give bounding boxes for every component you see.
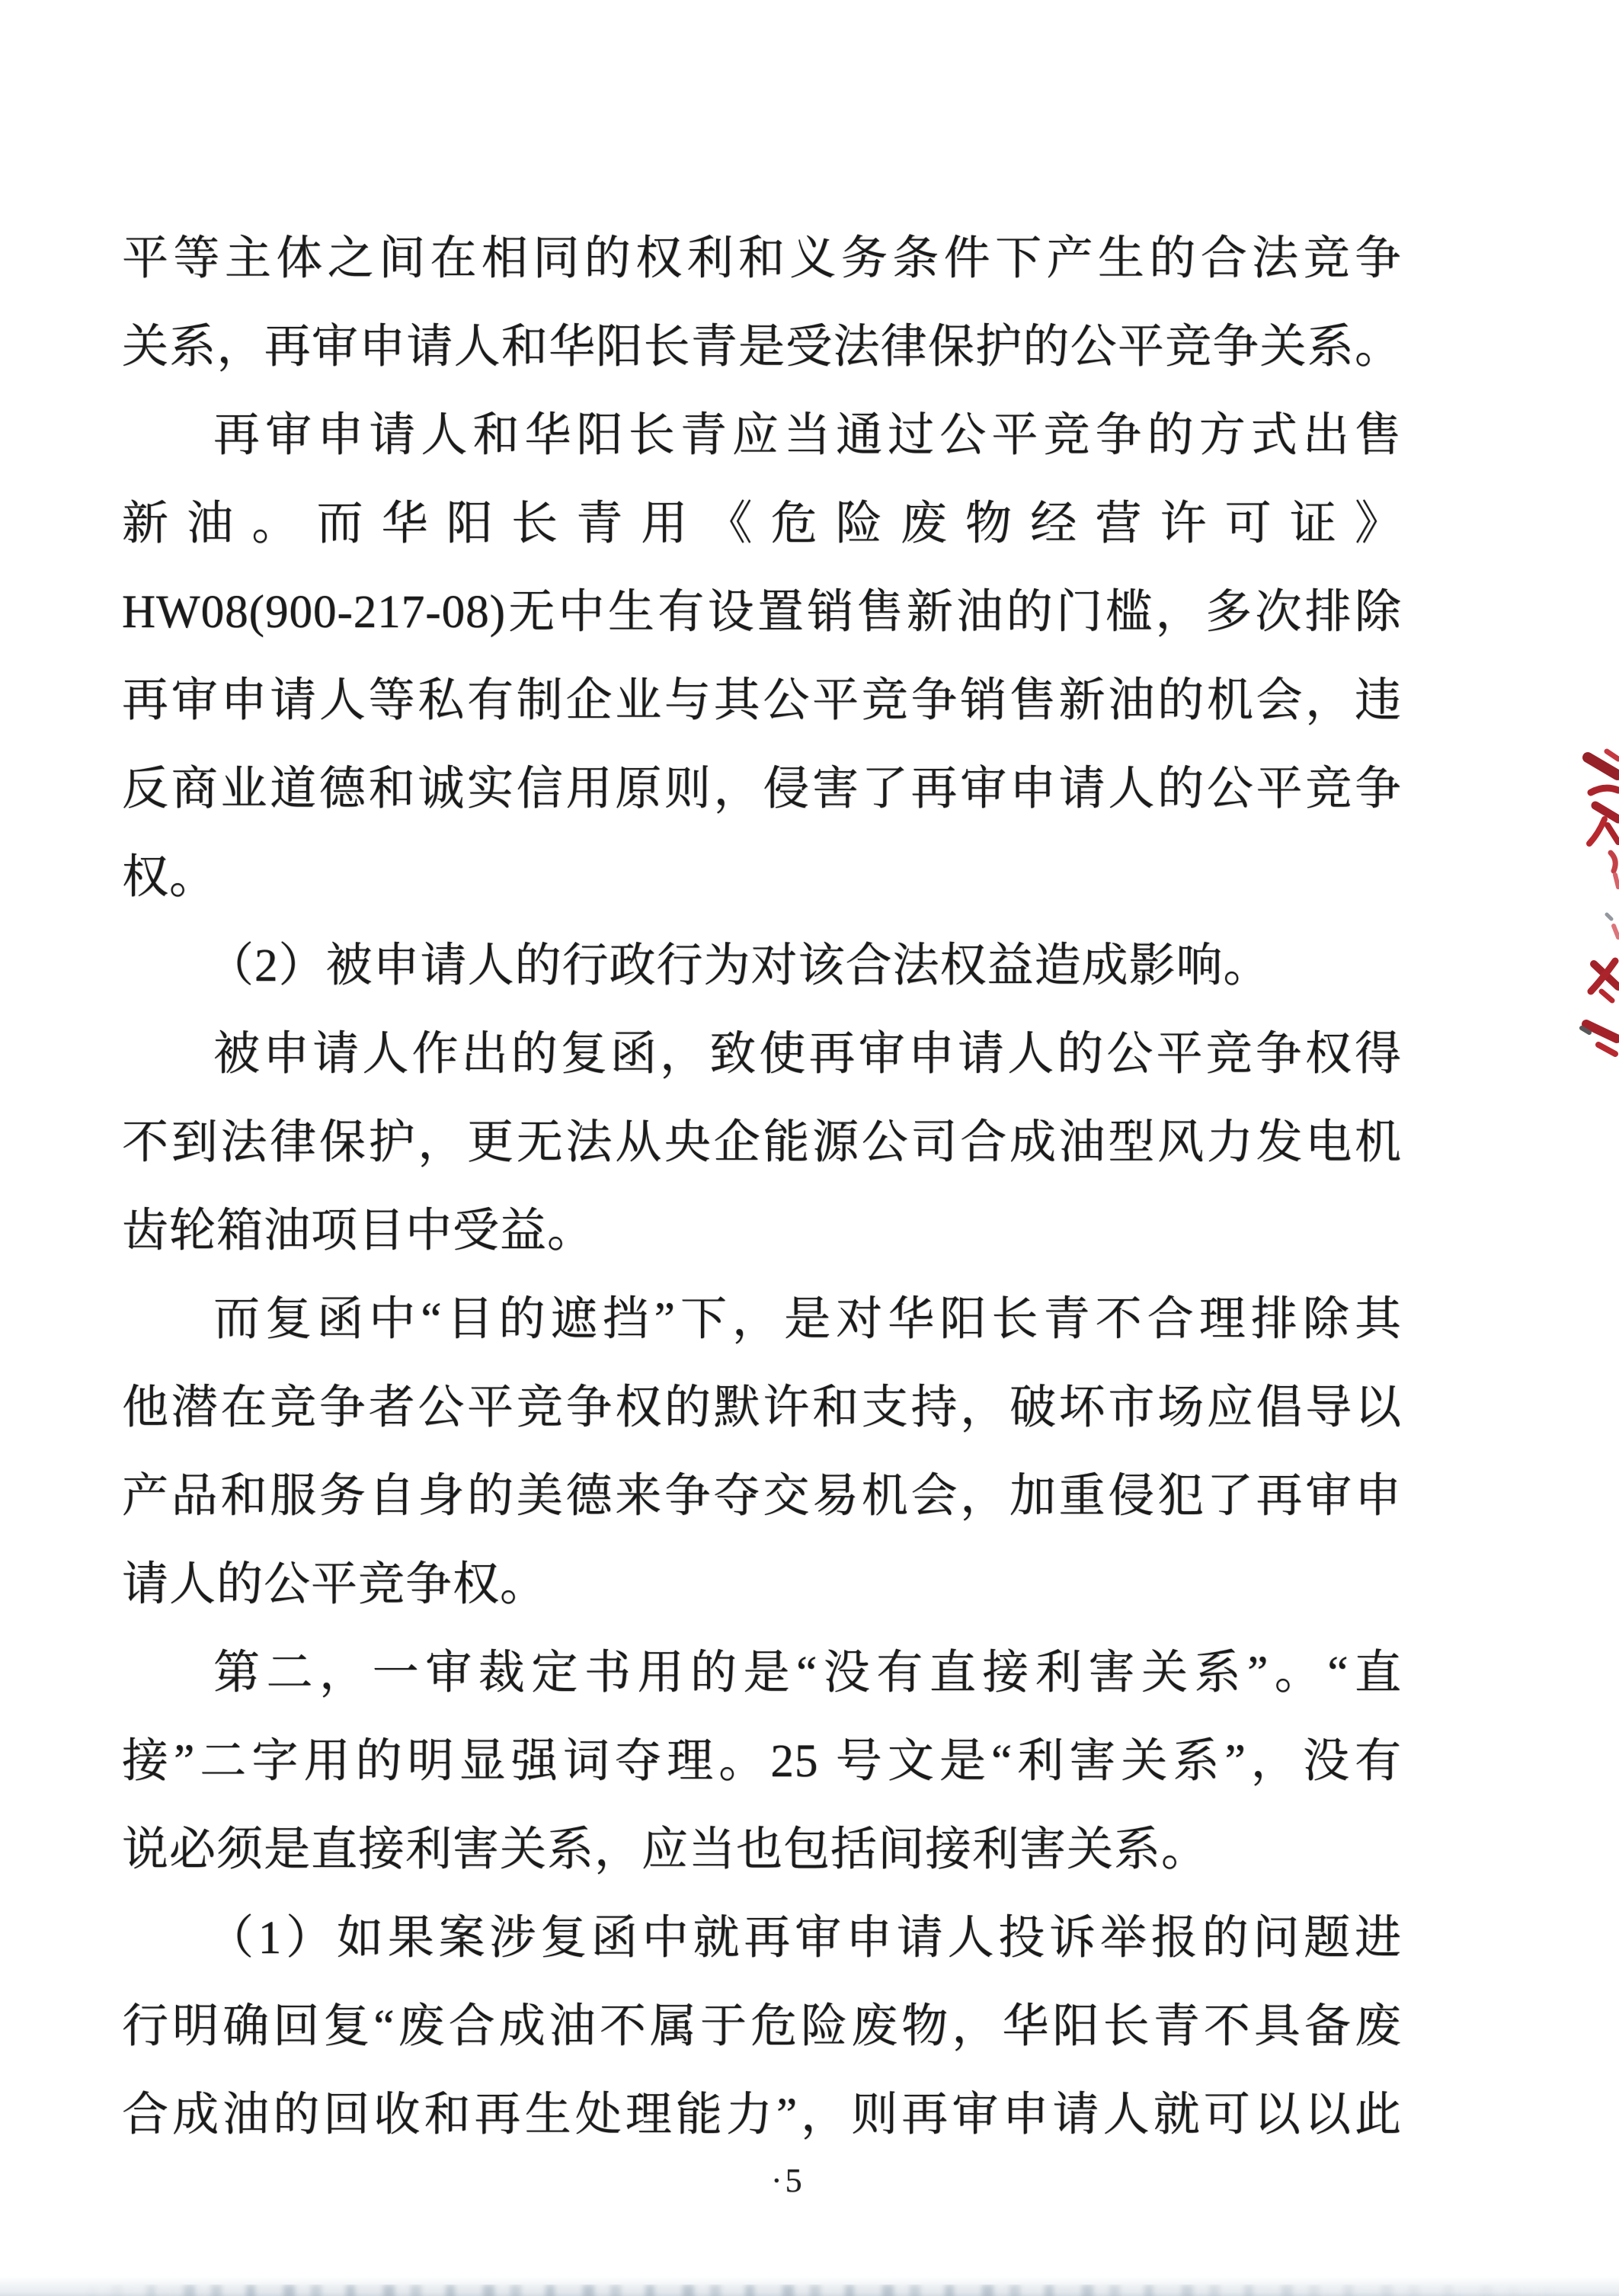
- text-line: 而复函中“目的遮挡”下，是对华阳长青不合理排除其: [122, 1276, 1402, 1364]
- text-line: 行明确回复“废合成油不属于危险废物，华阳长青不具备废: [122, 1983, 1402, 2071]
- text-line: 齿轮箱油项目中受益。: [122, 1187, 1402, 1276]
- document-text-block: 平等主体之间在相同的权利和义务条件下产生的合法竞争 关系，再审申请人和华阳长青是…: [122, 215, 1402, 2160]
- text-line: 接”二字用的明显强词夺理。25 号文是“利害关系”，没有: [122, 1718, 1402, 1806]
- text-line: 新油。而华阳长青用《危险废物经营许可证》: [122, 480, 1402, 568]
- text-line: （2）被申请人的行政行为对该合法权益造成影响。: [122, 922, 1402, 1010]
- scan-bottom-edge-artifact: [0, 2276, 1619, 2296]
- text-line: 他潜在竞争者公平竞争权的默许和支持，破坏市场应倡导以: [122, 1364, 1402, 1452]
- scanned-document-page: 平等主体之间在相同的权利和义务条件下产生的合法竞争 关系，再审申请人和华阳长青是…: [0, 0, 1619, 2296]
- text-line: 说必须是直接利害关系，应当也包括间接利害关系。: [122, 1806, 1402, 1894]
- red-seal-stamp-icon: [1567, 745, 1619, 1067]
- text-line: 平等主体之间在相同的权利和义务条件下产生的合法竞争: [122, 215, 1402, 303]
- text-line: 第二，一审裁定书用的是“没有直接利害关系”。“直: [122, 1629, 1402, 1718]
- text-line: 产品和服务自身的美德来争夺交易机会，加重侵犯了再审申: [122, 1452, 1402, 1541]
- text-line: HW08(900-217-08)无中生有设置销售新油的门槛，多次排除: [122, 568, 1402, 657]
- page-number: ·5: [771, 2158, 805, 2204]
- text-line: 不到法律保护，更无法从央企能源公司合成油型风力发电机: [122, 1099, 1402, 1187]
- text-line: 请人的公平竞争权。: [122, 1541, 1402, 1629]
- text-line: 合成油的回收和再生处理能力”，则再审申请人就可以以此: [122, 2071, 1402, 2160]
- text-line: 再审申请人等私有制企业与其公平竞争销售新油的机会，违: [122, 657, 1402, 745]
- text-line: 权。: [122, 834, 1402, 922]
- text-line: （1）如果案涉复函中就再审申请人投诉举报的问题进: [122, 1894, 1402, 1983]
- text-line: 反商业道德和诚实信用原则，侵害了再审申请人的公平竞争: [122, 745, 1402, 834]
- text-line: 被申请人作出的复函，致使再审申请人的公平竞争权得: [122, 1010, 1402, 1099]
- text-line: 关系，再审申请人和华阳长青是受法律保护的公平竞争关系。: [122, 303, 1402, 392]
- text-line: 再审申请人和华阳长青应当通过公平竞争的方式出售: [122, 392, 1402, 480]
